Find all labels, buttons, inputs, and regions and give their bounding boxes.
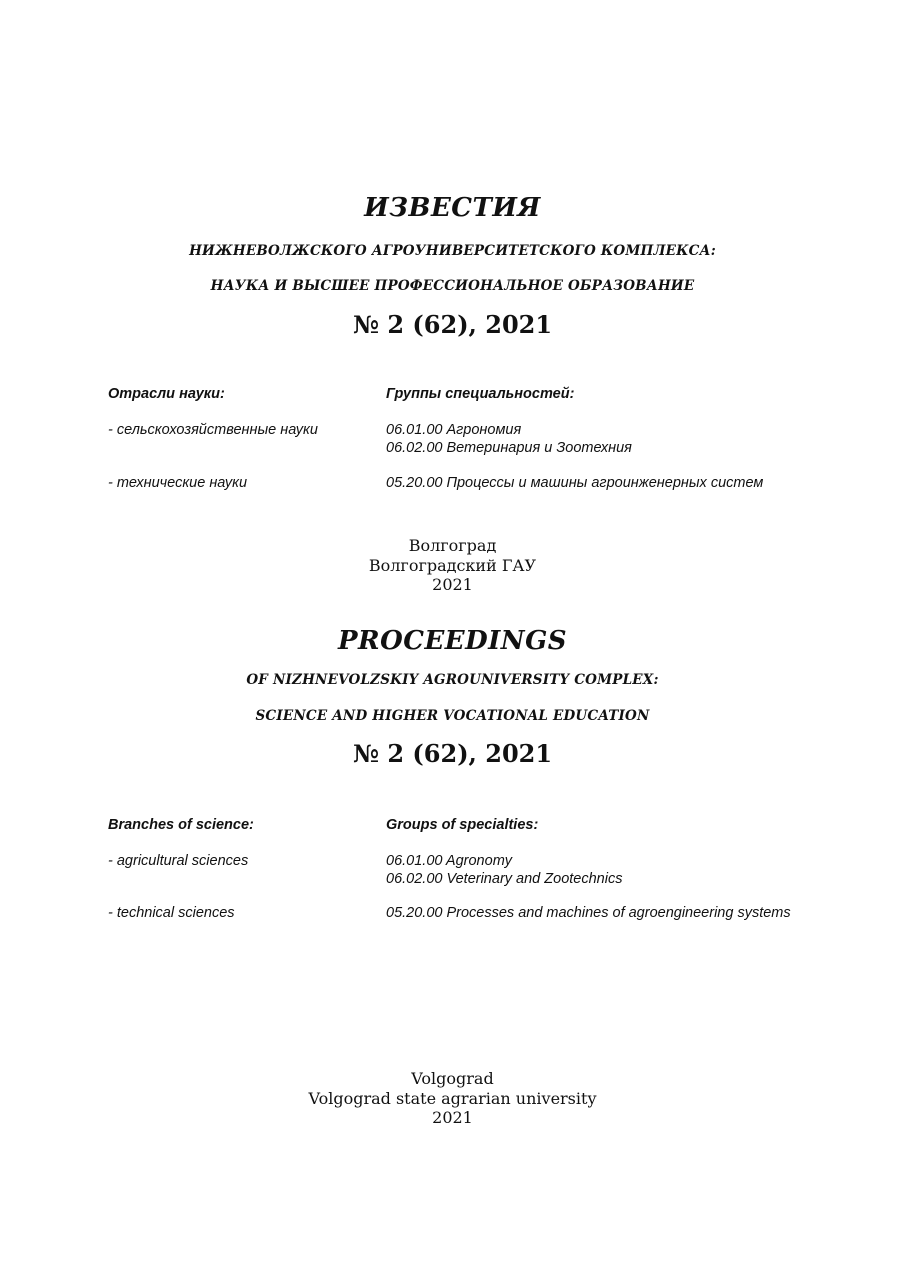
english-issue-number: № 2 (62), 2021 <box>0 739 905 768</box>
russian-imprint-publisher: Волгоградский ГАУ <box>0 556 905 576</box>
russian-group-item: 06.01.00 Агрономия <box>386 421 632 439</box>
english-group-list: 06.01.00 Agronomy 06.02.00 Veterinary an… <box>386 852 622 888</box>
english-title: PROCEEDINGS <box>0 626 905 656</box>
english-imprint-city: Volgograd <box>0 1069 905 1089</box>
english-group-item: 06.01.00 Agronomy <box>386 852 622 870</box>
russian-imprint-city: Волгоград <box>0 536 905 556</box>
english-group-item: 06.02.00 Veterinary and Zootechnics <box>386 870 622 888</box>
russian-subtitle-line1: НИЖНЕВОЛЖСКОГО АГРОУНИВЕРСИТЕТСКОГО КОМП… <box>0 243 905 259</box>
english-imprint: Volgograd Volgograd state agrarian unive… <box>0 1069 905 1128</box>
russian-group-list: 06.01.00 Агрономия 06.02.00 Ветеринария … <box>386 421 632 457</box>
english-branches-heading: Branches of science: <box>108 817 254 833</box>
english-group-item: 05.20.00 Processes and machines of agroe… <box>386 904 791 922</box>
russian-group-item: 05.20.00 Процессы и машины агроинженерны… <box>386 474 763 492</box>
russian-branch-agricultural: - сельскохозяйственные науки <box>108 421 318 439</box>
russian-title: ИЗВЕСТИЯ <box>0 193 905 223</box>
english-imprint-year: 2021 <box>0 1108 905 1128</box>
english-subtitle-line2: SCIENCE AND HIGHER VOCATIONAL EDUCATION <box>0 708 905 724</box>
russian-group-item: 06.02.00 Ветеринария и Зоотехния <box>386 439 632 457</box>
russian-groups-heading: Группы специальностей: <box>386 386 574 402</box>
russian-subtitle-line2: НАУКА И ВЫСШЕЕ ПРОФЕССИОНАЛЬНОЕ ОБРАЗОВА… <box>0 278 905 294</box>
english-imprint-publisher: Volgograd state agrarian university <box>0 1089 905 1109</box>
russian-branch-technical: - технические науки <box>108 474 247 492</box>
russian-issue-number: № 2 (62), 2021 <box>0 310 905 339</box>
english-subtitle-line1: OF NIZHNEVOLZSKIY AGROUNIVERSITY COMPLEX… <box>0 672 905 688</box>
english-branch-agricultural: - agricultural sciences <box>108 852 248 870</box>
russian-branches-heading: Отрасли науки: <box>108 386 225 402</box>
russian-imprint-year: 2021 <box>0 575 905 595</box>
english-groups-heading: Groups of specialties: <box>386 817 538 833</box>
english-branch-technical: - technical sciences <box>108 904 235 922</box>
russian-imprint: Волгоград Волгоградский ГАУ 2021 <box>0 536 905 595</box>
